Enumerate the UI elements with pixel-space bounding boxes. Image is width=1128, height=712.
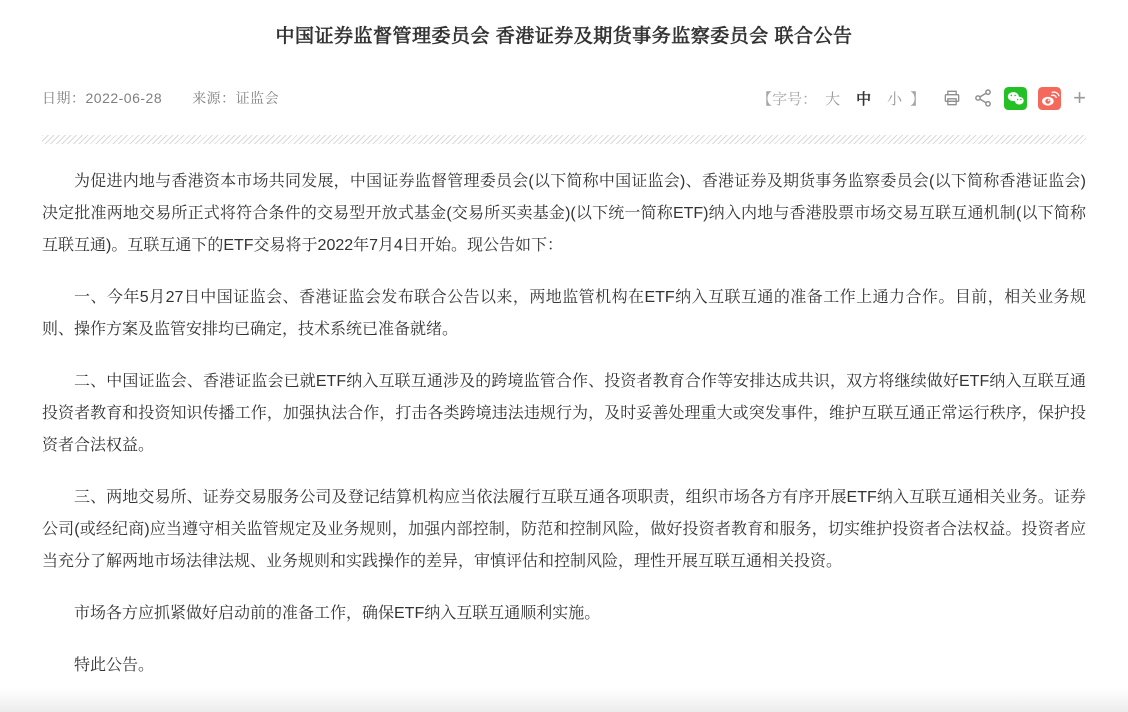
share-icon bbox=[973, 88, 993, 108]
wechat-icon bbox=[1004, 87, 1027, 110]
paragraph-signoff: 特此公告。 bbox=[42, 650, 1086, 682]
share-button[interactable] bbox=[973, 88, 993, 108]
announcement-page: 中国证券监督管理委员会 香港证券及期货事务监察委员会 联合公告 日期：2022-… bbox=[0, 21, 1128, 682]
source-value: 证监会 bbox=[236, 90, 280, 106]
wechat-share-button[interactable] bbox=[1004, 87, 1027, 110]
meta-info: 日期：2022-06-28来源：证监会 bbox=[42, 88, 279, 108]
font-size-bracket-close: 】 bbox=[910, 88, 925, 109]
font-size-medium-button[interactable]: 中 bbox=[856, 88, 871, 109]
paragraph-item-2: 二、中国证监会、香港证监会已就ETF纳入互联互通涉及的跨境监管合作、投资者教育合… bbox=[42, 366, 1086, 462]
hatched-divider bbox=[42, 135, 1086, 144]
paragraph-intro: 为促进内地与香港资本市场共同发展，中国证券监督管理委员会(以下简称中国证监会)、… bbox=[42, 166, 1086, 262]
font-size-large-button[interactable]: 大 bbox=[825, 88, 840, 109]
font-size-label: 字号： bbox=[772, 88, 817, 109]
print-button[interactable] bbox=[942, 88, 962, 108]
font-size-small-button[interactable]: 小 bbox=[887, 88, 902, 109]
source-label: 来源： bbox=[192, 90, 236, 106]
paragraph-item-1: 一、今年5月27日中国证监会、香港证监会发布联合公告以来，两地监管机构在ETF纳… bbox=[42, 282, 1086, 346]
toolbar: 【 字号： 大 中 小 】 bbox=[757, 87, 1086, 110]
weibo-icon bbox=[1038, 87, 1061, 110]
bottom-fade bbox=[0, 688, 1128, 712]
article-body: 为促进内地与香港资本市场共同发展，中国证券监督管理委员会(以下简称中国证监会)、… bbox=[42, 166, 1086, 682]
weibo-share-button[interactable] bbox=[1038, 87, 1061, 110]
page-title: 中国证券监督管理委员会 香港证券及期货事务监察委员会 联合公告 bbox=[42, 21, 1086, 48]
printer-icon bbox=[942, 88, 962, 108]
date-value: 2022-06-28 bbox=[86, 90, 163, 106]
font-size-bracket-open: 【 bbox=[757, 88, 772, 109]
date-label: 日期： bbox=[42, 90, 86, 106]
paragraph-closing: 市场各方应抓紧做好启动前的准备工作，确保ETF纳入互联互通顺利实施。 bbox=[42, 598, 1086, 630]
meta-row: 日期：2022-06-28来源：证监会 【 字号： 大 中 小 】 bbox=[42, 85, 1086, 111]
more-share-button[interactable]: + bbox=[1073, 88, 1086, 108]
paragraph-item-3: 三、两地交易所、证券交易服务公司及登记结算机构应当依法履行互联互通各项职责，组织… bbox=[42, 482, 1086, 578]
